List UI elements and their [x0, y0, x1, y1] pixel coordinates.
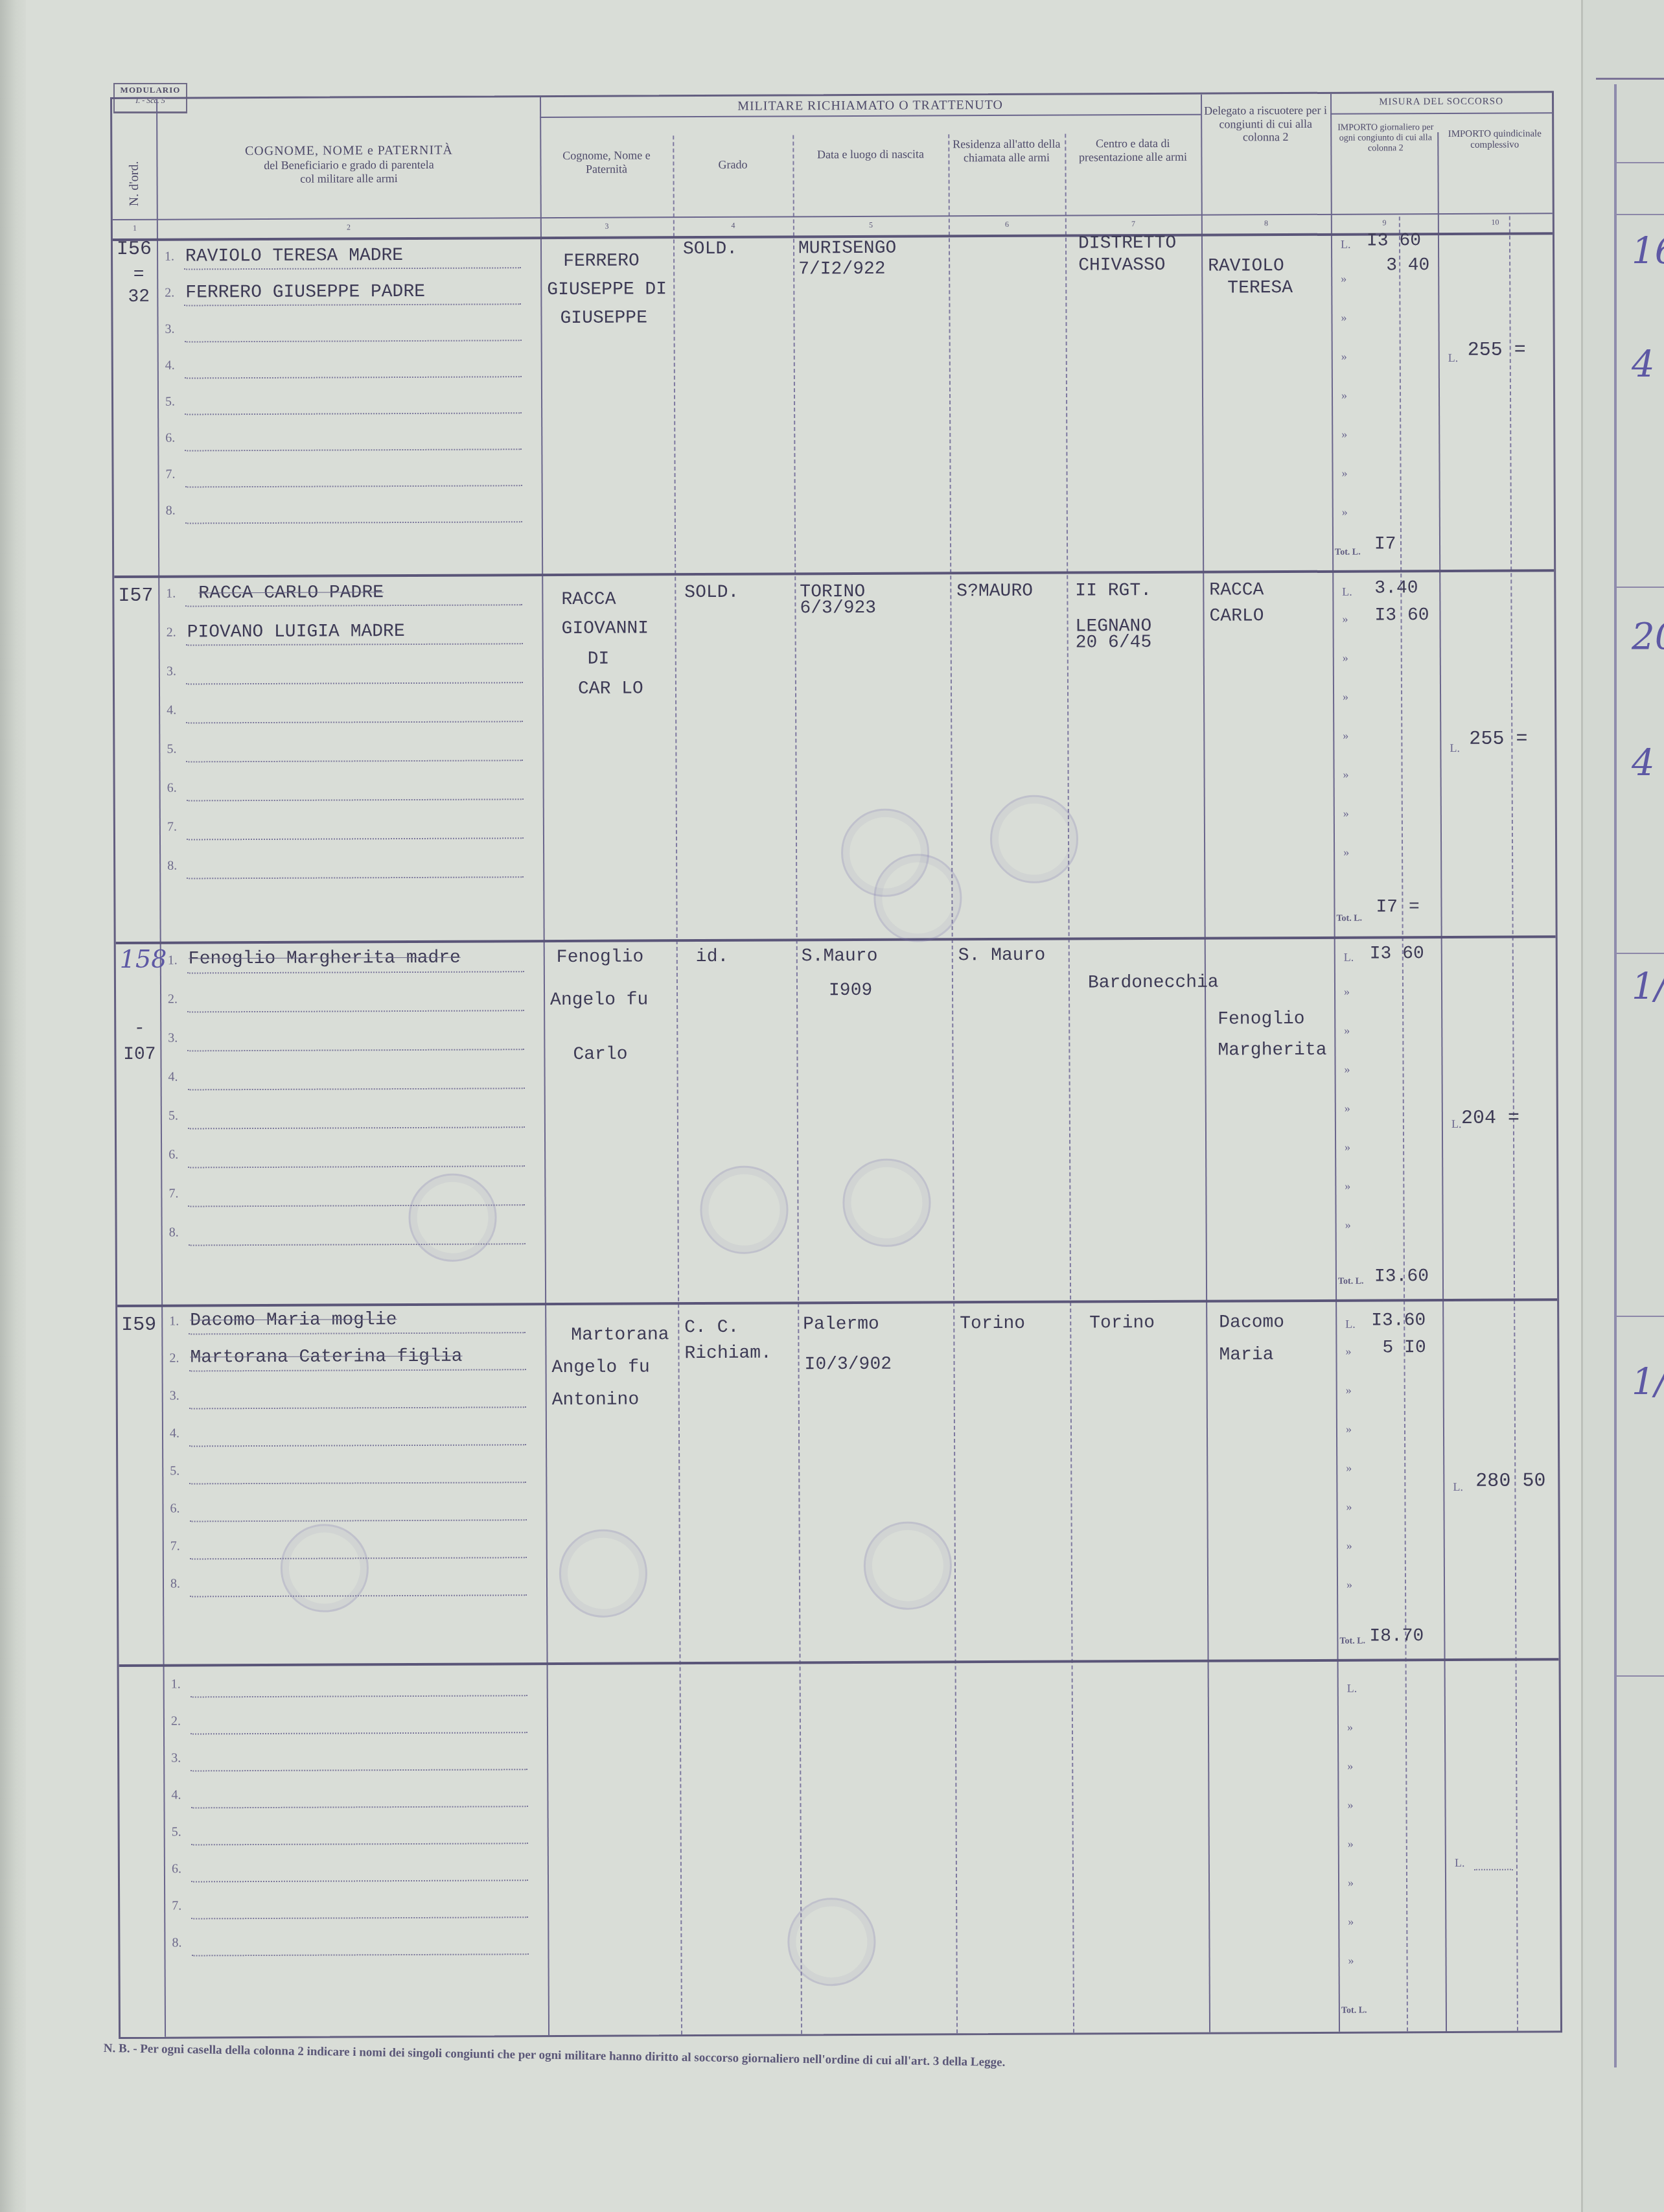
- militare-name: Angelo fu: [550, 990, 648, 1010]
- importo-giornaliero: I3 60: [1370, 944, 1424, 964]
- nascita: I0/3/902: [804, 1355, 892, 1375]
- delegato: Dacomo: [1219, 1312, 1284, 1333]
- presentazione: Torino: [1089, 1313, 1155, 1333]
- grado: SOLD.: [683, 239, 737, 259]
- nascita: 6/3/923: [800, 598, 876, 619]
- militare-name: GIUSEPPE: [560, 308, 647, 329]
- nascita: MURISENGO: [798, 239, 896, 259]
- totale-giornaliero: I7 =: [1376, 897, 1419, 917]
- delegato: CARLO: [1209, 606, 1264, 626]
- militare-name: Carlo: [573, 1045, 627, 1065]
- header-ord: N. d'ord.: [115, 145, 154, 222]
- margin-note: 4: [1632, 742, 1655, 784]
- beneficiary: RAVIOLO TERESA MADRE: [185, 246, 403, 266]
- militare-name: GIUSEPPE DI: [547, 279, 667, 300]
- totale-giornaliero: I8.70: [1369, 1626, 1424, 1646]
- residenza: S. Mauro: [958, 946, 1046, 966]
- presentazione: 20 6/45: [1076, 633, 1152, 653]
- ord-note: - I07: [121, 1016, 157, 1068]
- delegato: Fenoglio: [1218, 1009, 1305, 1030]
- totale-giornaliero: I7: [1374, 534, 1396, 554]
- militare-name: Fenoglio: [557, 947, 644, 968]
- militare-name: CAR LO: [578, 679, 643, 699]
- importo-quindicinale: 204 =: [1461, 1108, 1520, 1130]
- delegato: RACCA: [1209, 580, 1264, 600]
- header-importo-giornaliero: IMPORTO giornaliero per ogni congiunto d…: [1334, 122, 1437, 154]
- importo-giornaliero: 3.40: [1374, 578, 1418, 598]
- ord-number: I56: [117, 239, 152, 261]
- book-binding-edge: [0, 0, 27, 2212]
- header-nascita: Data e luogo di nascita: [792, 147, 948, 161]
- presentazione: DISTRETTO: [1078, 233, 1176, 254]
- margin-note: 1/: [1632, 1361, 1664, 1403]
- ord-note: = 32: [126, 264, 152, 309]
- importo-quindicinale: 255 =: [1469, 728, 1527, 750]
- presentazione: CHIVASSO: [1078, 255, 1166, 276]
- beneficiary: FERRERO GIUSEPPE PADRE: [185, 282, 425, 303]
- header-importo-quindicinale: IMPORTO quindicinale complessivo: [1437, 128, 1552, 151]
- militare-name: DI: [588, 649, 610, 669]
- importo-giornaliero: I3 60: [1367, 231, 1421, 251]
- nascita: 7/I2/922: [798, 259, 886, 280]
- grado: C. C. Richiam.: [684, 1314, 794, 1367]
- totale-giornaliero: I3.60: [1374, 1266, 1429, 1286]
- residenza: S?MAURO: [956, 581, 1033, 602]
- nascita: S.Mauro: [802, 946, 878, 967]
- header-presentazione: Centro e data di presentazione alle armi: [1065, 137, 1201, 164]
- header-militare-name: Cognome, Nome e Paternità: [543, 148, 669, 176]
- header-grado: Grado: [673, 157, 792, 171]
- residenza: Torino: [960, 1314, 1025, 1334]
- delegato: Margherita: [1218, 1040, 1326, 1061]
- margin-note: 4: [1632, 343, 1655, 386]
- grado: SOLD.: [684, 583, 739, 603]
- importo-giornaliero: 5 I0: [1382, 1338, 1426, 1358]
- militare-name: Angelo fu: [551, 1357, 649, 1378]
- margin-note: 1/: [1632, 966, 1664, 1008]
- importo-giornaliero: I3.60: [1371, 1310, 1426, 1331]
- header-militare-group: MILITARE RICHIAMATO O TRATTENUTO: [540, 97, 1201, 115]
- importo-quindicinale: 255 =: [1468, 339, 1526, 361]
- militare-name: GIOVANNI: [562, 618, 649, 639]
- importo-giornaliero: I3 60: [1374, 605, 1429, 625]
- militare-name: Martorana: [571, 1325, 669, 1345]
- delegato: TERESA: [1227, 278, 1293, 298]
- presentazione: Bardonecchia: [1088, 973, 1219, 994]
- ord-number: I57: [118, 585, 153, 607]
- nascita: I909: [829, 981, 872, 1001]
- importo-giornaliero: 3 40: [1386, 255, 1429, 275]
- register-table: N. d'ord. COGNOME, NOME e PATERNITÀ del …: [110, 91, 1562, 2039]
- beneficiary: PIOVANO LUIGIA MADRE: [187, 622, 405, 642]
- beneficiary: Fenoglio Margherita madre: [189, 948, 461, 970]
- militare-name: FERRERO: [563, 251, 640, 272]
- delegato: Maria: [1219, 1345, 1273, 1365]
- margin-note: 16/: [1632, 230, 1664, 272]
- header-beneficiary: COGNOME, NOME e PATERNITÀ del Beneficiar…: [161, 143, 537, 186]
- nascita: Palermo: [803, 1314, 879, 1335]
- grado: id.: [696, 947, 729, 967]
- beneficiary: RACCA CARLO PADRE: [198, 583, 384, 603]
- beneficiary: Dacomo Maria moglie: [190, 1310, 397, 1331]
- adjacent-page-edge: 16/ 4 20 4 1/ 1/: [1581, 0, 1664, 2212]
- presentazione: II RGT.: [1075, 581, 1151, 601]
- beneficiary: Martorana Caterina figlia: [190, 1347, 462, 1368]
- militare-name: Antonino: [552, 1390, 640, 1410]
- header-residenza: Residenza all'atto della chiamata alle a…: [948, 137, 1065, 165]
- header-delegato: Delegato a riscuotere per i congiunti di…: [1201, 104, 1330, 145]
- delegato: RAVIOLO: [1208, 256, 1284, 277]
- ord-number: I59: [121, 1314, 156, 1336]
- header-misura-group: MISURA DEL SOCCORSO: [1330, 96, 1552, 108]
- margin-note: 20: [1632, 616, 1664, 658]
- importo-quindicinale: 280 50: [1475, 1470, 1545, 1492]
- militare-name: RACCA: [561, 590, 616, 610]
- ord-number: 158: [120, 945, 167, 973]
